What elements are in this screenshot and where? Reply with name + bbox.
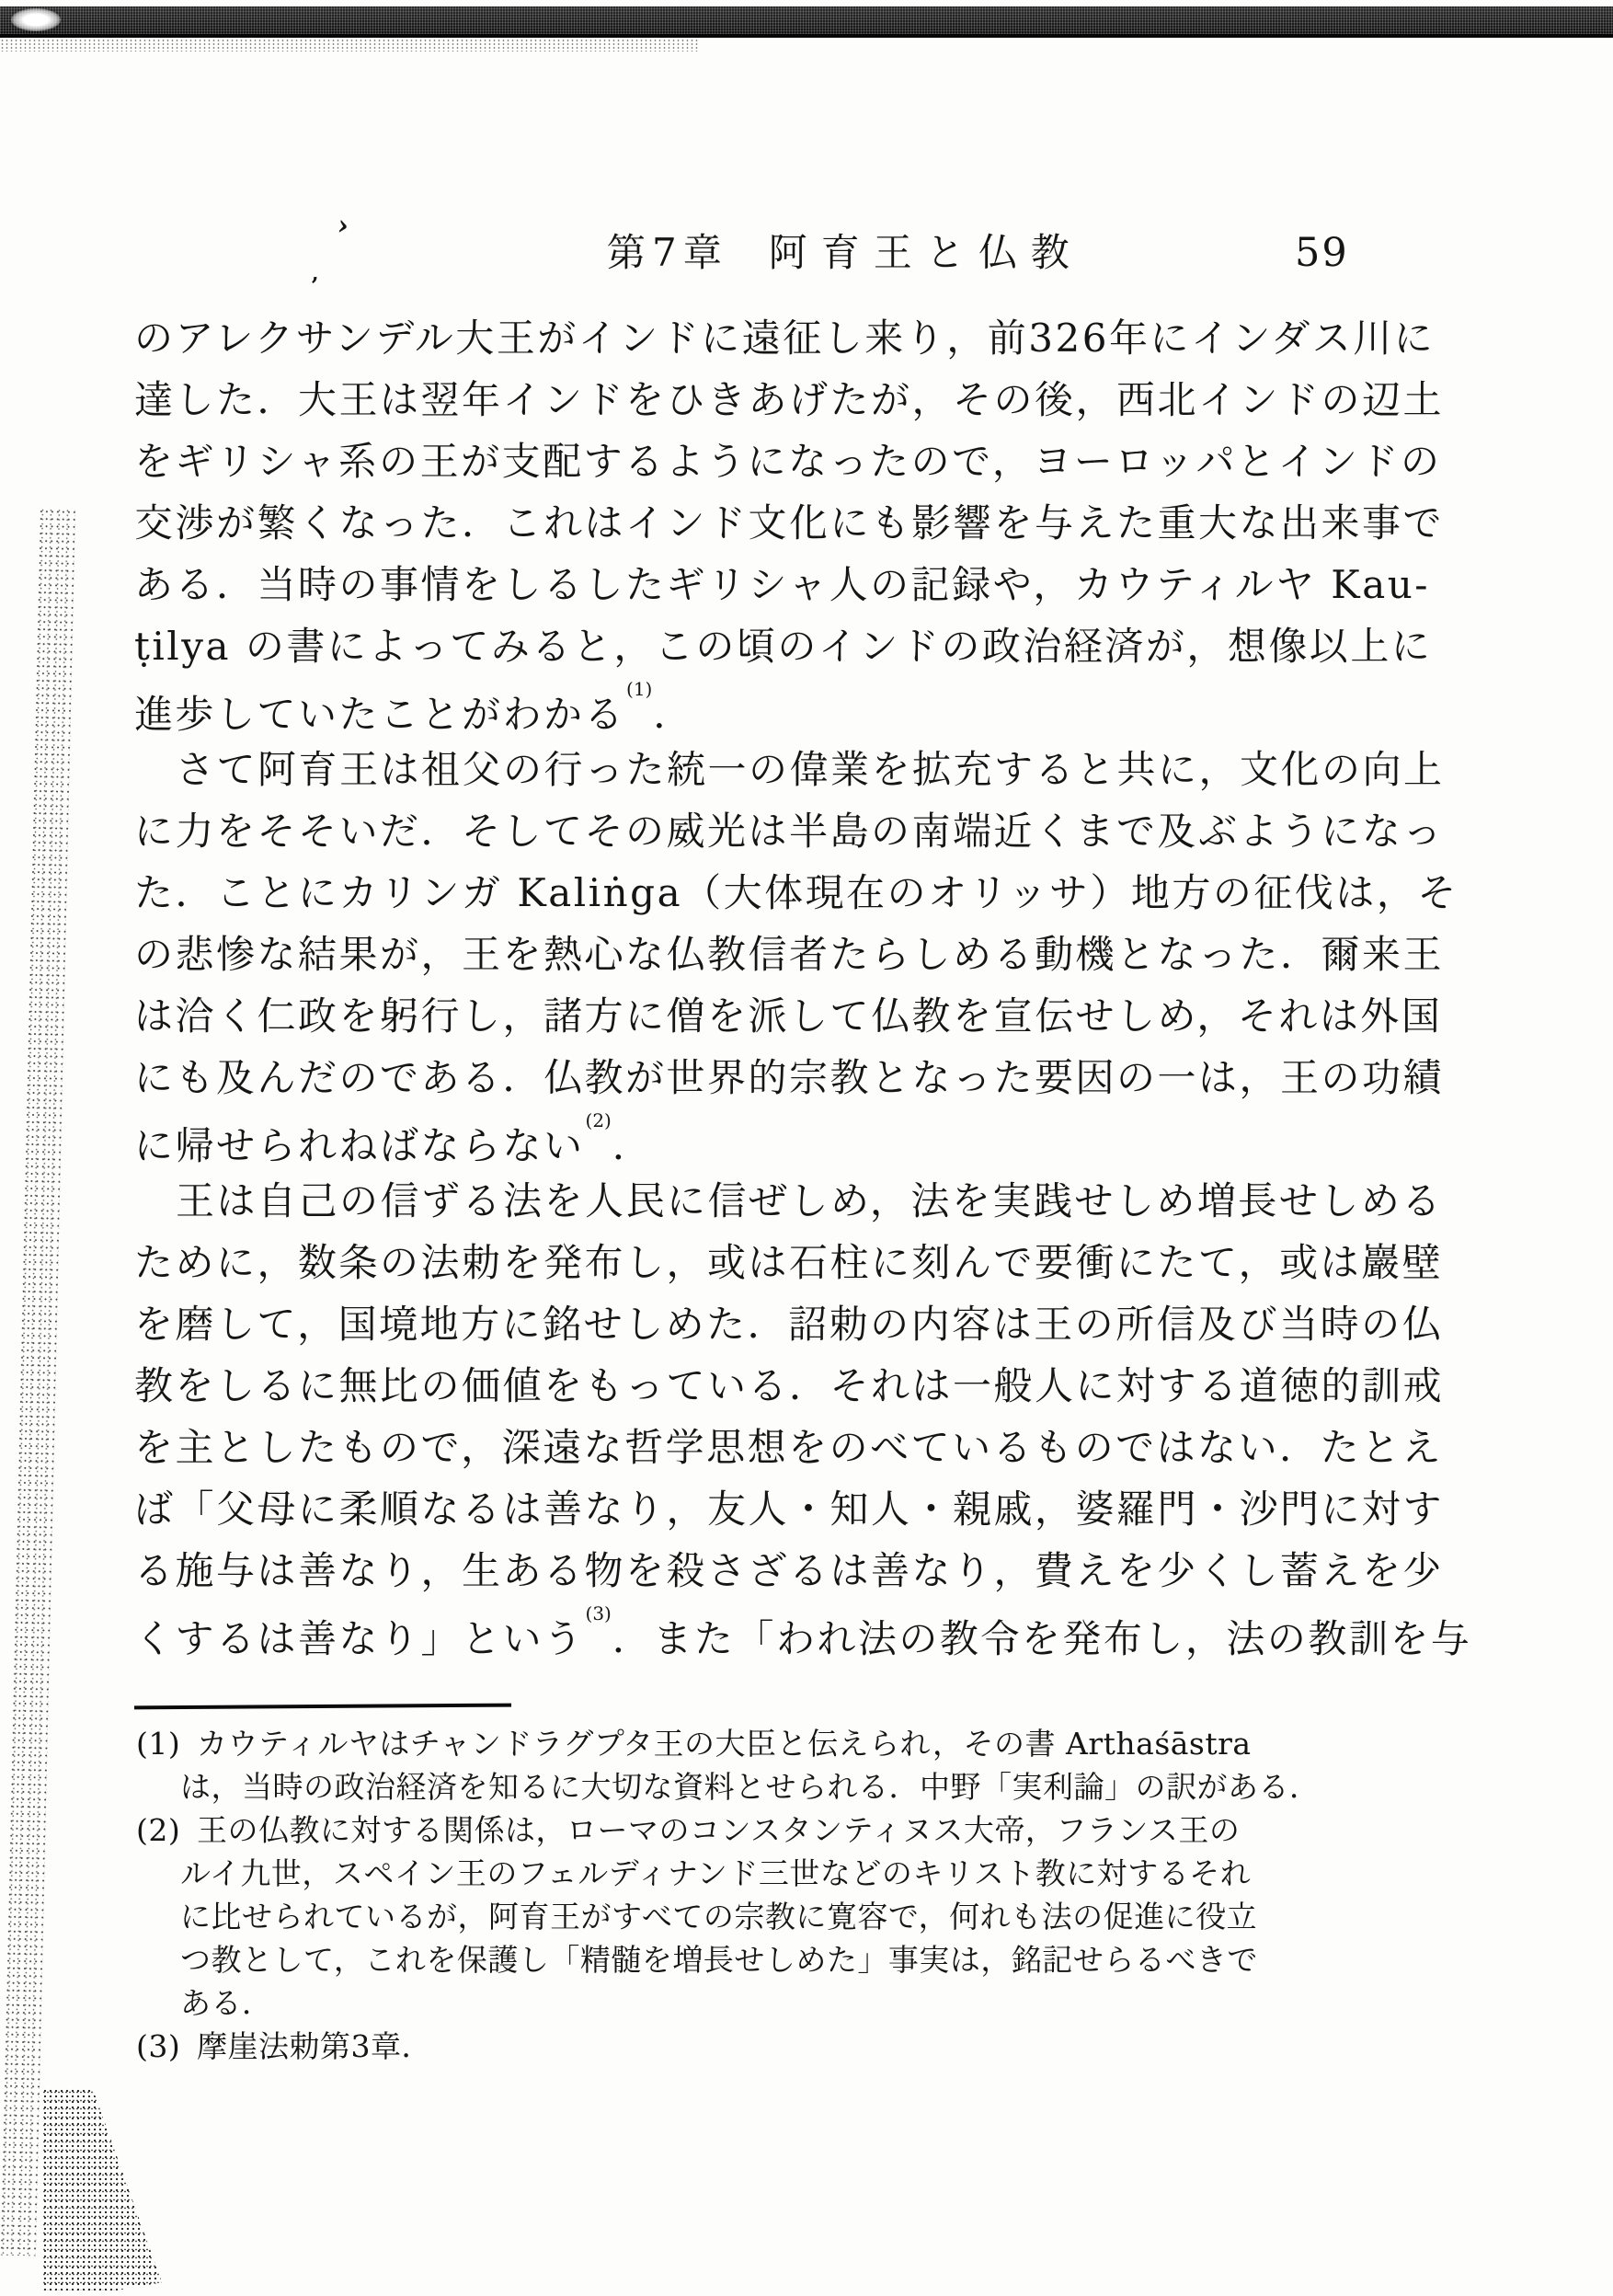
footnote-marker: (3): [136, 2025, 180, 2068]
footnote-line: つ教として，これを保護し「精髄を増長せしめた」事実は，銘記せらるべきで: [136, 1938, 1427, 1981]
body-line: ば「父母に柔順なるは善なり，友人・知人・親戚，婆羅門・沙門に対す: [134, 1478, 1414, 1540]
body-line: ṭilya の書によってみると，この頃のインドの政治経済が，想像以上に: [134, 615, 1414, 677]
body-line: を主としたもので，深遠な哲学思想をのべているものではない．たとえ: [134, 1417, 1414, 1478]
body-line: くするは善なり」という(3)．また「われ法の教令を発布し，法の教訓を与: [134, 1601, 1414, 1663]
footnote-line: は，当時の政治経済を知るに大切な資料とせられる．中野「実利論」の訳がある．: [136, 1765, 1427, 1808]
body-line: 王は自己の信ずる法を人民に信ぜしめ，法を実践せしめ増長せしめる: [134, 1170, 1414, 1232]
footnote-line: に比せられているが，阿育王がすべての宗教に寛容で，何れも法の促進に役立: [136, 1895, 1427, 1938]
chapter-title: 阿育王と仏教: [769, 230, 1083, 275]
body-line: 交渉が繁くなった．これはインド文化にも影響を与えた重大な出来事で: [134, 492, 1414, 554]
body-line: た．ことにカリンガ Kaliṅga（大体現在のオリッサ）地方の征伐は，そ: [134, 862, 1414, 924]
footnote-line: ルイ九世，スペイン王のフェルディナンド三世などのキリスト教に対するそれ: [136, 1852, 1427, 1895]
chapter-number: 第7章: [607, 230, 728, 275]
body-line: に帰せられねばならない(2)．: [134, 1108, 1414, 1170]
body-line: る施与は善なり，生ある物を殺さざるは善なり，費えを少くし蓄えを少: [134, 1540, 1414, 1601]
body-line: に力をそそいだ．そしてその威光は半島の南端近くまで及ぶようになっ: [134, 800, 1414, 862]
body-text: のアレクサンデル大王がインドに遠征し来り，前326年にインダス川に達した．大王は…: [134, 307, 1414, 1663]
footnote-separator-rule: [134, 1704, 511, 1710]
footnote-line: (1)カウティルヤはチャンドラグプタ王の大臣と伝えられ，その書 Arthaśās…: [136, 1722, 1427, 1765]
page-number: 59: [1295, 226, 1349, 280]
footnote-line: ある．: [136, 1981, 1427, 2025]
scan-edge-notch: [11, 8, 61, 31]
gutter-scan-noise-blob: [42, 2088, 162, 2290]
gutter-scan-noise: [0, 508, 75, 2256]
body-line: の悲惨な結果が，王を熱心な仏教信者たらしめる動機となった．爾来王: [134, 924, 1414, 985]
footnote-marker: (1): [136, 1722, 180, 1765]
chapter-heading: 第7章阿育王と仏教: [607, 226, 1083, 280]
scan-edge-band: [0, 6, 1613, 38]
body-line: 達した．大王は翌年インドをひきあげたが，その後，西北インドの辺土: [134, 369, 1414, 430]
body-line: 教をしるに無比の価値をもっている．それは一般人に対する道徳的訓戒: [134, 1355, 1414, 1417]
body-line: 進歩していたことがわかる(1)．: [134, 677, 1414, 739]
scanned-book-page: { "colors": { "ink": "#151515", "paper":…: [0, 0, 1613, 2296]
footnote-line: (2)王の仏教に対する関係は，ローマのコンスタンティヌス大帝，フランス王の: [136, 1808, 1427, 1852]
body-line: ために，数条の法勅を発布し，或は石柱に刻んで要衝にたて，或は巖壁: [134, 1232, 1414, 1293]
running-header: 第7章阿育王と仏教 59: [0, 226, 1613, 283]
footnotes: (1)カウティルヤはチャンドラグプタ王の大臣と伝えられ，その書 Arthaśās…: [136, 1722, 1427, 2068]
footnote-marker: (2): [136, 1808, 180, 1852]
scan-edge-speckle: [0, 39, 699, 52]
body-line: のアレクサンデル大王がインドに遠征し来り，前326年にインダス川に: [134, 307, 1414, 369]
footnote-reference: (1): [626, 678, 652, 700]
body-line: をギリシャ系の王が支配するようになったので，ヨーロッパとインドの: [134, 430, 1414, 492]
footnote-reference: (3): [586, 1602, 612, 1624]
body-line: は洽く仁政を躬行し，諸方に僧を派して仏教を宣伝せしめ，それは外国: [134, 985, 1414, 1047]
footnote-reference: (2): [586, 1109, 612, 1131]
body-line: ある．当時の事情をしるしたギリシャ人の記録や，カウティルヤ Kau-: [134, 554, 1414, 615]
body-line: にも及んだのである．仏教が世界的宗教となった要因の一は，王の功績: [134, 1047, 1414, 1108]
body-line: を磨して，国境地方に銘せしめた．詔勅の内容は王の所信及び当時の仏: [134, 1293, 1414, 1355]
footnote-line: (3)摩崖法勅第3章．: [136, 2025, 1427, 2068]
body-line: さて阿育王は祖父の行った統一の偉業を拡充すると共に，文化の向上: [134, 739, 1414, 800]
